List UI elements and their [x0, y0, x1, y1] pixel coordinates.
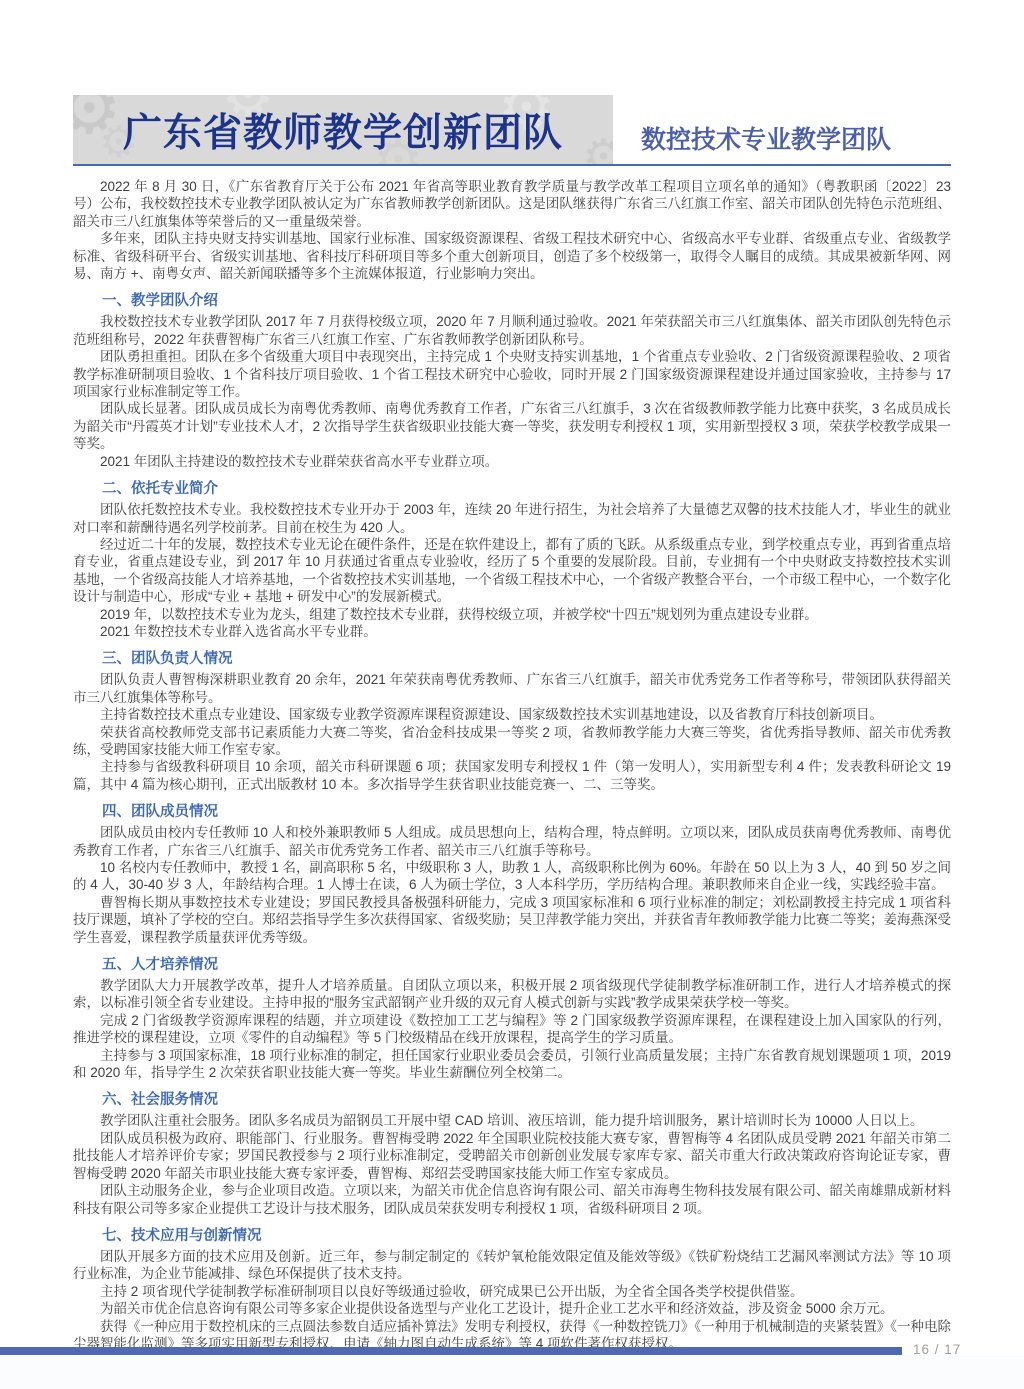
document-page: ⚙ ⚙ ⚙ ⚙ ⚙ ⚙ 广东省教师教学创新团队 数控技术专业教学团队 2022 …: [0, 0, 1024, 1389]
paragraph: 主持参与省级教科研项目 10 余项，韶关市科研课题 6 项；获国家发明专利授权 …: [73, 758, 951, 793]
page-number: 16 / 17: [913, 1342, 993, 1357]
paragraph: 主持 2 项省现代学徒制教学标准研制项目以良好等级通过验收，研究成果已公开出版，…: [73, 1283, 951, 1300]
header-divider: [73, 164, 951, 166]
paragraph: 团队开展多方面的技术应用及创新。近三年，参与制定制定的《转炉氧枪能效限定值及能效…: [73, 1248, 951, 1283]
section-heading-social-service: 六、社会服务情况: [73, 1091, 951, 1109]
paragraph: 主持省数控技术重点专业建设、国家级专业教学资源库课程资源建设、国家级数控技术实训…: [73, 706, 951, 723]
paragraph: 教学团队大力开展教学改革，提升人才培养质量。自团队立项以来，积极开展 2 项省级…: [73, 977, 951, 1012]
paragraph: 团队成员由校内专任教师 10 人和校外兼职教师 5 人组成。成员思想向上，结构合…: [73, 824, 951, 859]
paragraph: 教学团队注重社会服务。团队多名成员为韶钢员工开展中望 CAD 培训、液压培训，能…: [73, 1112, 951, 1129]
footer-background: [0, 1355, 1024, 1389]
section-heading-talent-training: 五、人才培养情况: [73, 956, 951, 974]
footer-bar: [0, 1347, 902, 1355]
intro-paragraph: 多年来，团队主持央财支持实训基地、国家行业标准、国家级资源课程、省级工程技术研究…: [73, 230, 951, 282]
paragraph: 2021 年数控技术专业群入选省高水平专业群。: [73, 623, 951, 640]
paragraph: 经过近二十年的发展，数控技术专业无论在硬件条件，还是在软件建设上，都有了质的飞跃…: [73, 536, 951, 606]
paragraph: 2021 年团队主持建设的数控技术专业群荣获省高水平专业群立项。: [73, 453, 951, 470]
section-heading-team-intro: 一、教学团队介绍: [73, 292, 951, 310]
section-heading-tech-innovation: 七、技术应用与创新情况: [73, 1227, 951, 1245]
paragraph: 完成 2 门省级教学资源库课程的结题，并立项建设《数控加工工艺与编程》等 2 门…: [73, 1012, 951, 1047]
paragraph: 团队依托数控技术专业。我校数控技术专业开办于 2003 年，连续 20 年进行招…: [73, 501, 951, 536]
paragraph: 2019 年，以数控技术专业为龙头，组建了数控技术专业群，获得校级立项，并被学校…: [73, 606, 951, 623]
article-body: 2022 年 8 月 30 日，《广东省教育厅关于公布 2021 年省高等职业教…: [73, 178, 951, 1352]
paragraph: 团队勇担重担。团队在多个省级重大项目中表现突出，主持完成 1 个央财支持实训基地…: [73, 348, 951, 400]
paragraph: 我校数控技术专业教学团队 2017 年 7 月获得校级立项，2020 年 7 月…: [73, 313, 951, 348]
section-heading-team-leader: 三、团队负责人情况: [73, 650, 951, 668]
paragraph: 主持参与 3 项国家标准，18 项行业标准的制定，担任国家行业职业委员会委员，引…: [73, 1047, 951, 1082]
page-title: 广东省教师教学创新团队: [73, 102, 563, 158]
title-banner: ⚙ ⚙ ⚙ ⚙ ⚙ ⚙ 广东省教师教学创新团队: [73, 95, 613, 164]
paragraph: 团队成员积极为政府、职能部门、行业服务。曹智梅受聘 2022 年全国职业院校技能…: [73, 1130, 951, 1182]
paragraph: 团队主动服务企业，参与企业项目改造。立项以来，为韶关市优企信息咨询有限公司、韶关…: [73, 1182, 951, 1217]
document-header: ⚙ ⚙ ⚙ ⚙ ⚙ ⚙ 广东省教师教学创新团队 数控技术专业教学团队: [73, 95, 951, 164]
section-heading-team-members: 四、团队成员情况: [73, 803, 951, 821]
page-content: ⚙ ⚙ ⚙ ⚙ ⚙ ⚙ 广东省教师教学创新团队 数控技术专业教学团队 2022 …: [73, 95, 951, 1352]
paragraph: 团队成长显著。团队成员成长为南粤优秀教师、南粤优秀教育工作者，广东省三八红旗手，…: [73, 400, 951, 452]
paragraph: 10 名校内专任教师中，教授 1 名，副高职称 5 名，中级职称 3 人，助教 …: [73, 859, 951, 894]
page-subtitle: 数控技术专业教学团队: [641, 120, 891, 156]
intro-paragraph: 2022 年 8 月 30 日，《广东省教育厅关于公布 2021 年省高等职业教…: [73, 178, 951, 230]
paragraph: 团队负责人曹智梅深耕职业教育 20 余年，2021 年荣获南粤优秀教师、广东省三…: [73, 671, 951, 706]
paragraph: 荣获省高校教师党支部书记素质能力大赛二等奖，省冶金科技成果一等奖 2 项，省教师…: [73, 724, 951, 759]
gear-icon: ⚙: [582, 134, 613, 164]
paragraph: 为韶关市优企信息咨询有限公司等多家企业提供设备选型与产业化工艺设计，提升企业工艺…: [73, 1300, 951, 1317]
section-heading-major-profile: 二、依托专业简介: [73, 480, 951, 498]
paragraph: 曹智梅长期从事数控技术专业建设；罗国民教授具备极强科研能力，完成 3 项国家标准…: [73, 894, 951, 946]
